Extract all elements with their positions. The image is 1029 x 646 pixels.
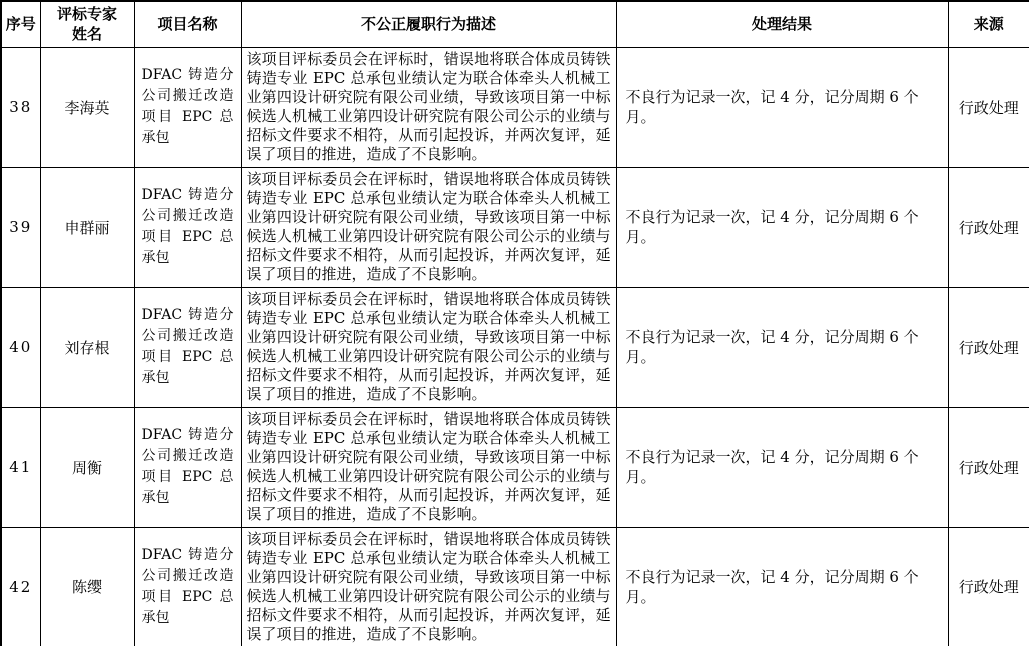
cell-index: 41 <box>1 407 40 527</box>
table-header-row: 序号 评标专家 姓名 项目名称 不公正履职行为描述 处理结果 来源 <box>1 1 1029 47</box>
cell-source: 行政处理 <box>948 167 1029 287</box>
table-row: 40 刘存根 DFAC 铸造分公司搬迁改造项目 EPC 总承包 该项目评标委员会… <box>1 287 1029 407</box>
cell-handling-result: 不良行为记录一次，记 4 分，记分周期 6 个月。 <box>616 407 948 527</box>
cell-handling-result: 不良行为记录一次，记 4 分，记分周期 6 个月。 <box>616 527 948 646</box>
header-index: 序号 <box>1 1 40 47</box>
cell-project-name: DFAC 铸造分公司搬迁改造项目 EPC 总承包 <box>134 407 241 527</box>
header-source: 来源 <box>948 1 1029 47</box>
cell-index: 40 <box>1 287 40 407</box>
cell-expert-name: 周衡 <box>40 407 134 527</box>
table-row: 39 申群丽 DFAC 铸造分公司搬迁改造项目 EPC 总承包 该项目评标委员会… <box>1 167 1029 287</box>
table-row: 42 陈缨 DFAC 铸造分公司搬迁改造项目 EPC 总承包 该项目评标委员会在… <box>1 527 1029 646</box>
header-project-name: 项目名称 <box>134 1 241 47</box>
cell-project-name: DFAC 铸造分公司搬迁改造项目 EPC 总承包 <box>134 47 241 167</box>
cell-expert-name: 陈缨 <box>40 527 134 646</box>
cell-source: 行政处理 <box>948 287 1029 407</box>
cell-index: 38 <box>1 47 40 167</box>
cell-misconduct-description: 该项目评标委员会在评标时，错误地将联合体成员铸铁铸造专业 EPC 总承包业绩认定… <box>241 47 616 167</box>
cell-source: 行政处理 <box>948 407 1029 527</box>
cell-handling-result: 不良行为记录一次，记 4 分，记分周期 6 个月。 <box>616 47 948 167</box>
header-expert-name: 评标专家 姓名 <box>40 1 134 47</box>
cell-project-name: DFAC 铸造分公司搬迁改造项目 EPC 总承包 <box>134 527 241 646</box>
cell-index: 42 <box>1 527 40 646</box>
cell-misconduct-description: 该项目评标委员会在评标时，错误地将联合体成员铸铁铸造专业 EPC 总承包业绩认定… <box>241 407 616 527</box>
header-handling-result: 处理结果 <box>616 1 948 47</box>
cell-expert-name: 申群丽 <box>40 167 134 287</box>
cell-expert-name: 刘存根 <box>40 287 134 407</box>
cell-project-name: DFAC 铸造分公司搬迁改造项目 EPC 总承包 <box>134 287 241 407</box>
cell-handling-result: 不良行为记录一次，记 4 分，记分周期 6 个月。 <box>616 167 948 287</box>
header-misconduct-description: 不公正履职行为描述 <box>241 1 616 47</box>
table-row: 38 李海英 DFAC 铸造分公司搬迁改造项目 EPC 总承包 该项目评标委员会… <box>1 47 1029 167</box>
cell-source: 行政处理 <box>948 47 1029 167</box>
expert-misconduct-table: 序号 评标专家 姓名 项目名称 不公正履职行为描述 处理结果 来源 38 李海英… <box>0 0 1029 646</box>
cell-misconduct-description: 该项目评标委员会在评标时，错误地将联合体成员铸铁铸造专业 EPC 总承包业绩认定… <box>241 167 616 287</box>
cell-misconduct-description: 该项目评标委员会在评标时，错误地将联合体成员铸铁铸造专业 EPC 总承包业绩认定… <box>241 287 616 407</box>
cell-expert-name: 李海英 <box>40 47 134 167</box>
cell-index: 39 <box>1 167 40 287</box>
table-row: 41 周衡 DFAC 铸造分公司搬迁改造项目 EPC 总承包 该项目评标委员会在… <box>1 407 1029 527</box>
cell-misconduct-description: 该项目评标委员会在评标时，错误地将联合体成员铸铁铸造专业 EPC 总承包业绩认定… <box>241 527 616 646</box>
cell-project-name: DFAC 铸造分公司搬迁改造项目 EPC 总承包 <box>134 167 241 287</box>
cell-source: 行政处理 <box>948 527 1029 646</box>
cell-handling-result: 不良行为记录一次，记 4 分，记分周期 6 个月。 <box>616 287 948 407</box>
